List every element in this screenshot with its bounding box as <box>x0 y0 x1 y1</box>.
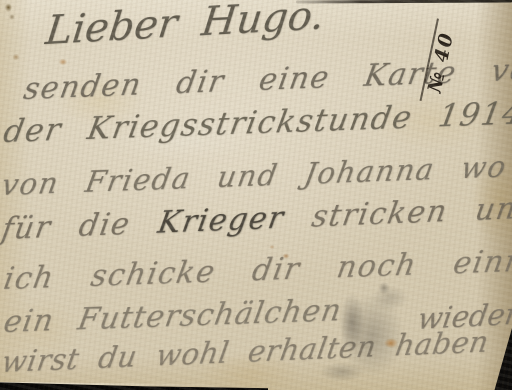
line-5-segment: für die <box>0 207 133 247</box>
line-5-retraced-word: Krieger <box>155 201 287 241</box>
corner-ink-blot <box>2 2 18 22</box>
line-5-segment: stricken und <box>309 190 512 234</box>
handwritten-line-6: ich schicke dir noch einmal <box>1 242 512 297</box>
scan-edge-bottom-right <box>493 328 512 390</box>
scan-edge-top <box>296 0 512 3</box>
scanned-postcard-back: Lieber Hugo. senden dir eine Karte von d… <box>0 0 512 390</box>
handwritten-line-salutation: Lieber Hugo. <box>43 0 327 54</box>
